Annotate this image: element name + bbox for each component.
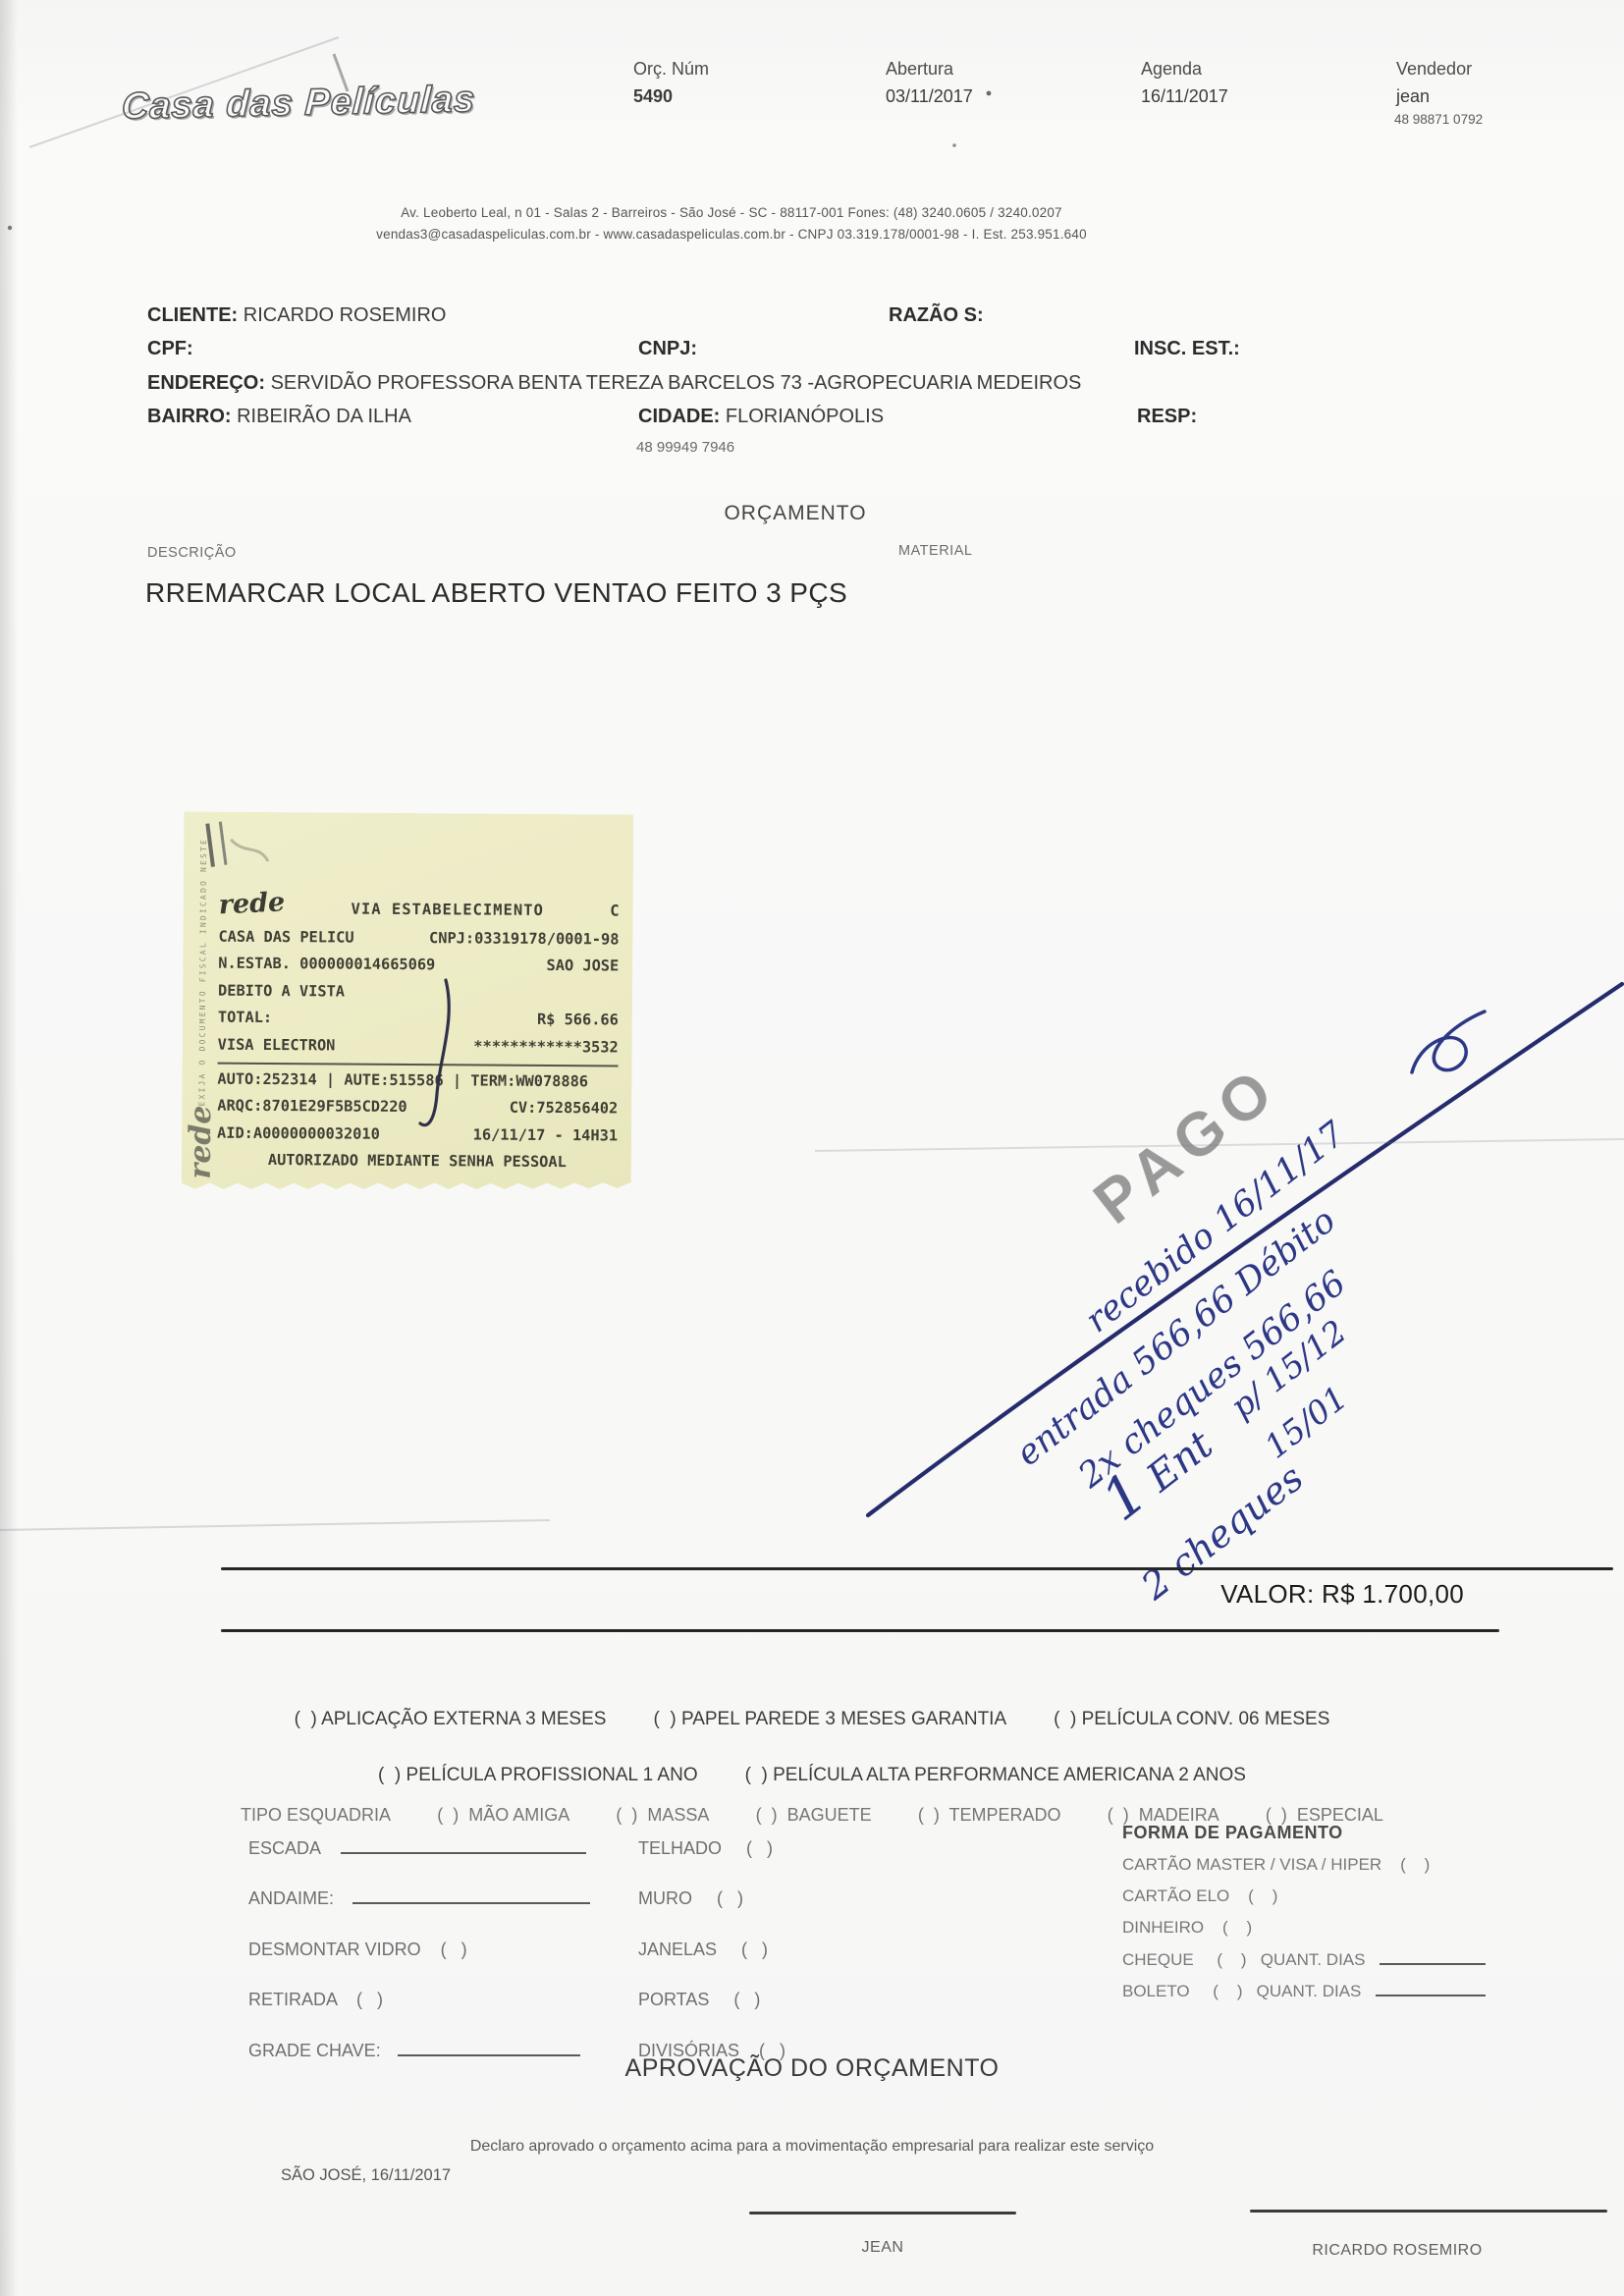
payment-method-title: FORMA DE PAGAMENTO [1122, 1823, 1343, 1843]
receipt-line: TOTAL:R$ 566.66 [218, 1005, 619, 1034]
authorization-line: AUTORIZADO MEDIANTE SENHA PESSOAL [217, 1147, 618, 1176]
arqc-code: ARQC:8701E29F5B5CD220 [217, 1093, 407, 1121]
total-budget-value: VALOR: R$ 1.700,00 [1220, 1579, 1464, 1610]
scan-speck [8, 226, 12, 230]
seller-signature-name: JEAN [749, 2239, 1016, 2257]
client-signature-name: RICARDO ROSEMIRO [1250, 2242, 1544, 2260]
blank-line [1376, 1981, 1486, 1996]
valor-bottom-rule [221, 1629, 1499, 1632]
card-brand: VISA ELECTRON [218, 1031, 336, 1059]
receipt-line: AID:A000000003201016/11/17 - 14H31 [217, 1120, 618, 1149]
cpf-label: CPF: [147, 338, 193, 360]
service-description: RREMARCAR LOCAL ABERTO VENTAO FEITO 3 PÇ… [145, 577, 847, 609]
seller-name: jean [1396, 86, 1430, 107]
rede-logo: rede [218, 889, 286, 918]
city-label: CIDADE: [638, 406, 720, 427]
valor-top-rule [221, 1567, 1613, 1570]
responsible-label: RESP: [1137, 406, 1197, 428]
payment-boleto: BOLETO ( ) QUANT. DIAS [1122, 1981, 1486, 2001]
district-value: RIBEIRÃO DA ILHA [237, 406, 411, 427]
handwriting-entry-count: 1 Ent [1090, 1408, 1224, 1534]
company-logo: Casa das Películas [121, 79, 476, 129]
receipt-flag: C [610, 902, 619, 919]
blank-line [1380, 1949, 1486, 1965]
checklist-telhado: TELHADO ( ) [638, 1838, 773, 1859]
scan-speck [952, 143, 956, 147]
agenda-date-value: 16/11/2017 [1141, 86, 1228, 107]
district-row: BAIRRO: RIBEIRÃO DA ILHA [147, 406, 411, 428]
opening-date-value: 03/11/2017 [886, 86, 973, 107]
aid-code: AID:A0000000032010 [217, 1120, 380, 1148]
frame-type-label: TIPO ESQUADRIA [241, 1805, 391, 1826]
client-phone: 48 99949 7946 [636, 439, 734, 456]
checklist-desmontar-vidro: DESMONTAR VIDRO ( ) [248, 1940, 467, 1960]
total-value: R$ 566.66 [537, 1007, 619, 1034]
order-number-label: Orç. Núm [633, 59, 709, 80]
total-label: TOTAL: [218, 1005, 272, 1032]
approval-title: APROVAÇÃO DO ORÇAMENTO [0, 2054, 1624, 2083]
checklist-escada: ESCADA [248, 1838, 586, 1859]
card-receipt: EXIJA O DOCUMENTO FISCAL INDICADO NESTE … [182, 811, 634, 1195]
warranty-row-2: ( ) PELÍCULA PROFISSIONAL 1 ANO ( ) PELÍ… [0, 1765, 1624, 1786]
receipt-header: rede VIA ESTABELECIMENTO C [219, 891, 620, 920]
rede-logo-vertical: rede [184, 1105, 219, 1178]
approval-declaration: Declaro aprovado o orçamento acima para … [0, 2138, 1624, 2156]
handwritten-squiggle [1412, 1011, 1485, 1072]
cnpj-label: CNPJ: [638, 338, 697, 360]
address-label: ENDEREÇO: [147, 372, 265, 394]
opening-date-label: Abertura [886, 59, 953, 80]
warranty-option: ( ) PELÍCULA PROFISSIONAL 1 ANO [378, 1765, 698, 1786]
razao-social-label: RAZÃO S: [889, 304, 984, 327]
receipt-line: CASA DAS PELICUCNPJ:03319178/0001-98 [218, 924, 619, 954]
frame-option: ( ) TEMPERADO [918, 1805, 1061, 1826]
warranty-option: ( ) PAPEL PAREDE 3 MESES GARANTIA [653, 1709, 1006, 1730]
checklist-label: ANDAIME: [248, 1888, 334, 1908]
order-number-value: 5490 [633, 86, 673, 107]
agenda-date-label: Agenda [1141, 59, 1202, 80]
place-and-date: SÃO JOSÉ, 16/11/2017 [281, 2166, 451, 2185]
frame-option: ( ) MÃO AMIGA [437, 1805, 569, 1826]
payment-cheque: CHEQUE ( ) QUANT. DIAS [1122, 1949, 1486, 1970]
seller-signature-line [749, 2212, 1016, 2214]
frame-option: ( ) BAGUETE [756, 1805, 872, 1826]
merchant-name: CASA DAS PELICU [218, 924, 353, 952]
receipt-line: ARQC:8701E29F5B5CD220CV:752856402 [217, 1093, 618, 1122]
client-row: CLIENTE: RICARDO ROSEMIRO [147, 304, 446, 327]
checklist-muro: MURO ( ) [638, 1888, 743, 1909]
cv-code: CV:752856402 [510, 1095, 619, 1122]
checklist-portas: PORTAS ( ) [638, 1990, 760, 2010]
district-label: BAIRRO: [147, 406, 232, 427]
seller-phone: 48 98871 0792 [1394, 112, 1483, 127]
receipt-side-text: EXIJA O DOCUMENTO FISCAL INDICADO NESTE [197, 838, 208, 1107]
checklist-janelas: JANELAS ( ) [638, 1940, 768, 1960]
payment-type-line: DEBITO A VISTA [218, 977, 619, 1007]
client-signature-line [1250, 2210, 1607, 2213]
scanned-budget-document: Casa das Películas Orç. Núm 5490 Abertur… [0, 0, 1624, 2296]
address-value: SERVIDÃO PROFESSORA BENTA TEREZA BARCELO… [271, 372, 1082, 394]
checklist-retirada: RETIRADA ( ) [248, 1990, 383, 2010]
blank-line [341, 1838, 586, 1854]
warranty-option: ( ) APLICAÇÃO EXTERNA 3 MESES [295, 1709, 607, 1730]
warranty-option: ( ) PELÍCULA ALTA PERFORMANCE AMERICANA … [745, 1765, 1246, 1786]
receipt-line: N.ESTAB. 000000014665069SAO JOSE [218, 951, 619, 980]
card-number-masked: ************3532 [473, 1033, 619, 1061]
receipt-line: VISA ELECTRON************3532 [218, 1031, 619, 1061]
material-column-label: MATERIAL [898, 543, 972, 559]
establishment-number: N.ESTAB. 000000014665069 [218, 951, 435, 979]
receipt-body: CASA DAS PELICUCNPJ:03319178/0001-98 N.E… [217, 924, 620, 1176]
payment-cheque-label: CHEQUE ( ) QUANT. DIAS [1122, 1950, 1365, 1969]
address-row: ENDEREÇO: SERVIDÃO PROFESSORA BENTA TERE… [147, 372, 1081, 395]
client-name: RICARDO ROSEMIRO [244, 304, 447, 326]
company-address-line2: vendas3@casadaspeliculas.com.br - www.ca… [128, 227, 1335, 242]
company-address-line1: Av. Leoberto Leal, n 01 - Salas 2 - Barr… [128, 205, 1335, 220]
description-column-label: DESCRIÇÃO [147, 545, 237, 561]
receipt-datetime: 16/11/17 - 14H31 [473, 1121, 619, 1149]
scan-speck [987, 91, 992, 96]
client-label: CLIENTE: [147, 304, 238, 326]
warranty-row-1: ( ) APLICAÇÃO EXTERNA 3 MESES ( ) PAPEL … [0, 1709, 1624, 1730]
receipt-via-label: VIA ESTABELECIMENTO [285, 900, 610, 919]
warranty-option: ( ) PELÍCULA CONV. 06 MESES [1054, 1709, 1329, 1730]
payment-boleto-label: BOLETO ( ) QUANT. DIAS [1122, 1982, 1361, 2000]
city-row: CIDADE: FLORIANÓPOLIS [638, 406, 884, 428]
payment-card-elo: CARTÃO ELO ( ) [1122, 1886, 1277, 1906]
seller-label: Vendedor [1396, 59, 1472, 80]
payment-cash: DINHEIRO ( ) [1122, 1918, 1252, 1938]
frame-option: ( ) MASSA [616, 1805, 709, 1826]
payment-card-master: CARTÃO MASTER / VISA / HIPER ( ) [1122, 1855, 1430, 1875]
budget-title: ORÇAMENTO [128, 502, 1463, 525]
state-registration-label: INSC. EST.: [1134, 338, 1240, 360]
auth-codes-line: AUTO:252314 | AUTE:515586 | TERM:WW07888… [217, 1066, 618, 1096]
checklist-label: ESCADA [248, 1838, 320, 1858]
city-value: FLORIANÓPOLIS [726, 406, 884, 427]
crease-line [0, 1520, 550, 1530]
merchant-city: SAO JOSE [546, 953, 619, 980]
blank-line [352, 1888, 590, 1904]
checklist-andaime: ANDAIME: [248, 1888, 590, 1909]
merchant-cnpj: CNPJ:03319178/0001-98 [429, 925, 620, 954]
